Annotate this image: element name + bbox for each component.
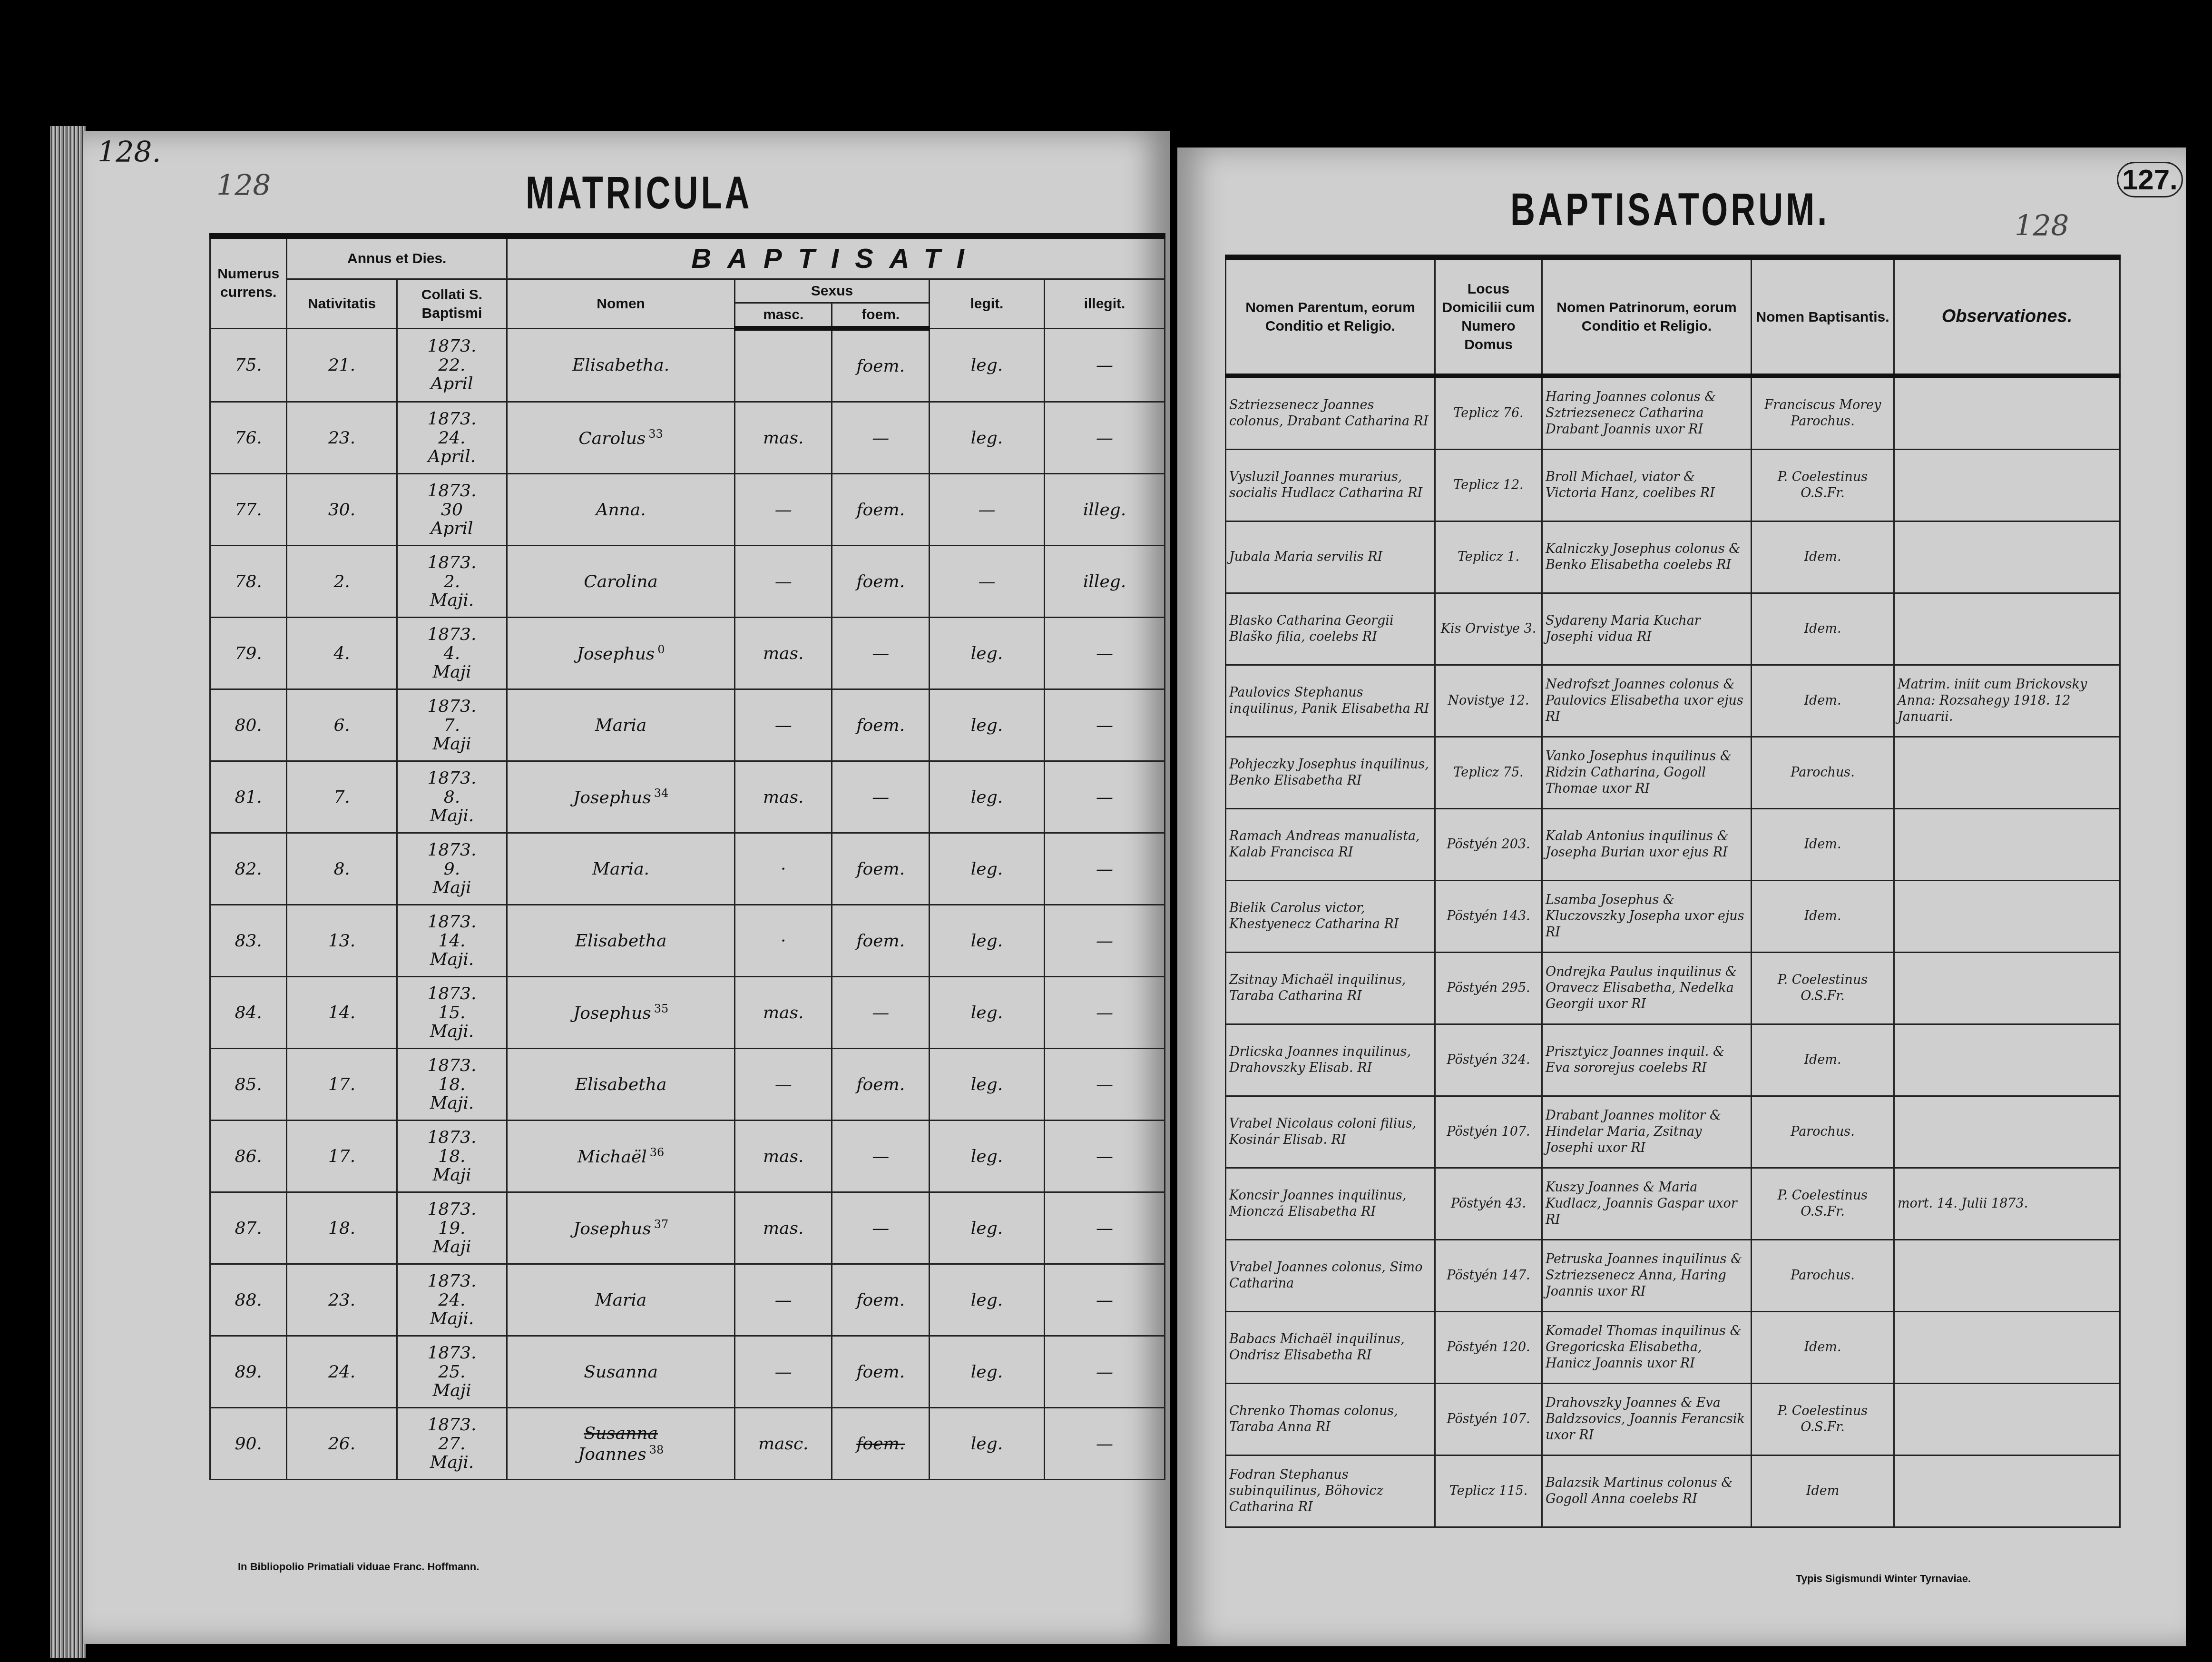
header-parentum: Nomen Parentum, eorum Conditio et Religi… bbox=[1226, 257, 1435, 376]
parents-cell: Ramach Andreas manualista, Kalab Francis… bbox=[1226, 809, 1435, 881]
numerus-cell: 83. bbox=[210, 905, 287, 977]
numerus-cell: 75. bbox=[210, 328, 287, 402]
baptizer-cell: Parochus. bbox=[1752, 1240, 1894, 1312]
reference-number: 33 bbox=[648, 427, 663, 441]
year-text: 1873. bbox=[427, 625, 476, 644]
month-text: Maji. bbox=[430, 1453, 474, 1472]
left-page: 128. 128 MATRICULA Numerus currens. Annu… bbox=[83, 131, 1170, 1644]
foem-text: foem. bbox=[856, 500, 905, 520]
foem-cell: foem. bbox=[832, 474, 929, 546]
nomen-cell: Elisabetha. bbox=[507, 328, 735, 402]
struck-foem: foem. bbox=[856, 1434, 905, 1454]
register-row: 90.26.1873.27.Maji.SusannaJoannes38masc.… bbox=[210, 1408, 1165, 1480]
page-title: MATRICULA bbox=[526, 167, 753, 220]
register-row: Vrabel Joannes colonus, Simo CatharinaPö… bbox=[1226, 1240, 2120, 1312]
godparents-cell: Prisztyicz Joannes inquil. & Eva sororej… bbox=[1542, 1024, 1752, 1096]
foem-cell: — bbox=[832, 1121, 929, 1192]
name-text: Elisabetha. bbox=[572, 355, 669, 375]
nativitatis-cell: 8. bbox=[287, 833, 397, 905]
baptism-date-cell: 1873.30April bbox=[397, 474, 507, 546]
day-text: 24. bbox=[438, 1290, 465, 1310]
header-nativitatis: Nativitatis bbox=[287, 279, 397, 329]
nomen-cell: Josephus37 bbox=[507, 1192, 735, 1264]
godparents-cell: Kalab Antonius inquilinus & Josepha Buri… bbox=[1542, 809, 1752, 881]
parents-cell: Bielik Carolus victor, Khestyenecz Catha… bbox=[1226, 881, 1435, 953]
baptizer-cell: Idem. bbox=[1752, 1312, 1894, 1384]
name-text: Maria bbox=[595, 716, 647, 735]
masc-cell: mas. bbox=[735, 402, 832, 474]
domicile-cell: Pöstyén 295. bbox=[1435, 953, 1542, 1024]
nativitatis-cell: 18. bbox=[287, 1192, 397, 1264]
domicile-cell: Pöstyén 43. bbox=[1435, 1168, 1542, 1240]
nativitatis-cell: 7. bbox=[287, 761, 397, 833]
baptism-date-cell: 1873.15.Maji. bbox=[397, 977, 507, 1049]
year-text: 1873. bbox=[427, 481, 476, 501]
name-text: Susanna bbox=[584, 1362, 658, 1382]
observations-cell bbox=[1894, 809, 2120, 881]
numerus-cell: 80. bbox=[210, 689, 287, 761]
legit-cell: leg. bbox=[929, 328, 1044, 402]
nativitatis-cell: 6. bbox=[287, 689, 397, 761]
parents-cell: Drlicska Joannes inquilinus, Drahovszky … bbox=[1226, 1024, 1435, 1096]
masc-cell: mas. bbox=[735, 1121, 832, 1192]
parents-cell: Vysluzil Joannes murarius, socialis Hudl… bbox=[1226, 450, 1435, 521]
register-row: 88.23.1873.24.Maji.Maria—foem.leg.— bbox=[210, 1264, 1165, 1336]
baptism-date-cell: 1873.25.Maji bbox=[397, 1336, 507, 1408]
name-text: Josephus bbox=[573, 788, 651, 807]
header-observationes: Observationes. bbox=[1894, 257, 2120, 376]
day-text: 14. bbox=[438, 931, 465, 951]
illegit-cell: illeg. bbox=[1045, 546, 1165, 618]
year-text: 1873. bbox=[427, 1056, 476, 1075]
name-text: Maria. bbox=[592, 859, 649, 879]
masc-cell: — bbox=[735, 1049, 832, 1121]
numerus-cell: 87. bbox=[210, 1192, 287, 1264]
nativitatis-cell: 17. bbox=[287, 1049, 397, 1121]
baptizer-cell: P. Coelestinus O.S.Fr. bbox=[1752, 1168, 1894, 1240]
masc-cell: — bbox=[735, 689, 832, 761]
foem-text: — bbox=[872, 1219, 889, 1238]
name-text: Josephus bbox=[577, 644, 655, 664]
reference-number: 38 bbox=[649, 1443, 664, 1456]
domicile-cell: Teplicz 76. bbox=[1435, 376, 1542, 450]
godparents-cell: Komadel Thomas inquilinus & Gregoricska … bbox=[1542, 1312, 1752, 1384]
register-row: Fodran Stephanus subinquilinus, Böhovicz… bbox=[1226, 1455, 2120, 1527]
foem-cell: foem. bbox=[832, 328, 929, 402]
godparents-cell: Lsamba Josephus & Kluczovszky Josepha ux… bbox=[1542, 881, 1752, 953]
legit-cell: leg. bbox=[929, 1336, 1044, 1408]
observations-cell: Matrim. iniit cum Brickovsky Anna: Rozsa… bbox=[1894, 665, 2120, 737]
month-text: Maji bbox=[432, 662, 471, 682]
register-row: 86.17.1873.18.MajiMichaël36mas.—leg.— bbox=[210, 1121, 1165, 1192]
godparents-cell: Ondrejka Paulus inquilinus & Oravecz Eli… bbox=[1542, 953, 1752, 1024]
parents-cell: Paulovics Stephanus inquilinus, Panik El… bbox=[1226, 665, 1435, 737]
legit-cell: leg. bbox=[929, 1049, 1044, 1121]
header-collati: Collati S. Baptismi bbox=[397, 279, 507, 329]
illegit-cell: — bbox=[1045, 689, 1165, 761]
header-numerus: Numerus currens. bbox=[210, 236, 287, 328]
parents-cell: Fodran Stephanus subinquilinus, Böhovicz… bbox=[1226, 1455, 1435, 1527]
register-row: 83.13.1873.14.Maji.Elisabetha·foem.leg.— bbox=[210, 905, 1165, 977]
numerus-cell: 82. bbox=[210, 833, 287, 905]
parents-cell: Vrabel Nicolaus coloni filius, Kosinár E… bbox=[1226, 1096, 1435, 1168]
godparents-cell: Broll Michael, viator & Victoria Hanz, c… bbox=[1542, 450, 1752, 521]
baptism-date-cell: 1873.22.April bbox=[397, 328, 507, 402]
nomen-cell: Josephus35 bbox=[507, 977, 735, 1049]
nativitatis-cell: 2. bbox=[287, 546, 397, 618]
baptism-date-cell: 1873.27.Maji. bbox=[397, 1408, 507, 1480]
foem-text: foem. bbox=[856, 1362, 905, 1382]
register-row: 78.2.1873.2.Maji.Carolina—foem.—illeg. bbox=[210, 546, 1165, 618]
printer-footer-right: Typis Sigismundi Winter Tyrnaviae. bbox=[1796, 1573, 1971, 1585]
illegit-cell: — bbox=[1045, 833, 1165, 905]
struck-name: Susanna bbox=[584, 1424, 658, 1443]
domicile-cell: Pöstyén 324. bbox=[1435, 1024, 1542, 1096]
day-text: 24. bbox=[438, 428, 465, 448]
register-row: Paulovics Stephanus inquilinus, Panik El… bbox=[1226, 665, 2120, 737]
day-text: 27. bbox=[438, 1434, 465, 1454]
legit-cell: leg. bbox=[929, 618, 1044, 689]
day-text: 8. bbox=[444, 787, 460, 807]
register-row: 89.24.1873.25.MajiSusanna—foem.leg.— bbox=[210, 1336, 1165, 1408]
register-row: Chrenko Thomas colonus, Taraba Anna RIPö… bbox=[1226, 1384, 2120, 1455]
name-text: Carolina bbox=[584, 572, 658, 591]
month-text: April bbox=[431, 374, 473, 393]
baptizer-cell: Idem. bbox=[1752, 1024, 1894, 1096]
godparents-cell: Vanko Josephus inquilinus & Ridzin Catha… bbox=[1542, 737, 1752, 809]
baptizer-cell: Idem. bbox=[1752, 809, 1894, 881]
reference-number: 34 bbox=[654, 787, 669, 800]
month-text: Maji bbox=[432, 1381, 471, 1400]
name-text: Joannes bbox=[578, 1445, 646, 1464]
reference-number: 0 bbox=[657, 643, 665, 656]
register-row: 87.18.1873.19.MajiJosephus37mas.—leg.— bbox=[210, 1192, 1165, 1264]
masc-cell: mas. bbox=[735, 1192, 832, 1264]
masc-cell: mas. bbox=[735, 618, 832, 689]
year-text: 1873. bbox=[427, 912, 476, 932]
nomen-cell: Josephus34 bbox=[507, 761, 735, 833]
foem-text: — bbox=[872, 1003, 889, 1023]
nativitatis-cell: 24. bbox=[287, 1336, 397, 1408]
baptism-date-cell: 1873.14.Maji. bbox=[397, 905, 507, 977]
illegit-cell: — bbox=[1045, 1049, 1165, 1121]
register-row: 82.8.1873.9.MajiMaria.·foem.leg.— bbox=[210, 833, 1165, 905]
baptizer-cell: Franciscus Morey Parochus. bbox=[1752, 376, 1894, 450]
name-text: Elisabetha bbox=[575, 1075, 667, 1094]
nativitatis-cell: 14. bbox=[287, 977, 397, 1049]
baptizer-cell: Parochus. bbox=[1752, 737, 1894, 809]
reference-number: 35 bbox=[654, 1002, 669, 1015]
register-row: Vysluzil Joannes murarius, socialis Hudl… bbox=[1226, 450, 2120, 521]
observations-cell bbox=[1894, 1024, 2120, 1096]
domicile-cell: Pöstyén 107. bbox=[1435, 1096, 1542, 1168]
observations-cell bbox=[1894, 593, 2120, 665]
illegit-cell: — bbox=[1045, 402, 1165, 474]
nomen-cell: SusannaJoannes38 bbox=[507, 1408, 735, 1480]
parents-cell: Koncsir Joannes inquilinus, Mionczá Elis… bbox=[1226, 1168, 1435, 1240]
observations-cell bbox=[1894, 737, 2120, 809]
observations-cell bbox=[1894, 1096, 2120, 1168]
numerus-cell: 86. bbox=[210, 1121, 287, 1192]
masc-cell: mas. bbox=[735, 977, 832, 1049]
nativitatis-cell: 30. bbox=[287, 474, 397, 546]
domicile-cell: Pöstyén 147. bbox=[1435, 1240, 1542, 1312]
parents-cell: Blasko Catharina Georgii Blaško filia, c… bbox=[1226, 593, 1435, 665]
baptizer-cell: Idem. bbox=[1752, 521, 1894, 593]
legit-cell: leg. bbox=[929, 761, 1044, 833]
nativitatis-cell: 21. bbox=[287, 328, 397, 402]
month-text: Maji. bbox=[430, 1309, 474, 1328]
numerus-cell: 84. bbox=[210, 977, 287, 1049]
masc-cell: · bbox=[735, 905, 832, 977]
name-text: Maria bbox=[595, 1290, 647, 1310]
header-foem: foem. bbox=[832, 303, 929, 329]
foem-text: foem. bbox=[856, 859, 905, 879]
foem-text: foem. bbox=[856, 1075, 905, 1094]
foem-cell: — bbox=[832, 402, 929, 474]
domicile-cell: Teplicz 75. bbox=[1435, 737, 1542, 809]
month-text: Maji bbox=[432, 1237, 471, 1257]
header-annus-et-dies: Annus et Dies. bbox=[287, 236, 507, 279]
nomen-cell: Michaël36 bbox=[507, 1121, 735, 1192]
nativitatis-cell: 23. bbox=[287, 402, 397, 474]
baptism-date-cell: 1873.8.Maji. bbox=[397, 761, 507, 833]
year-text: 1873. bbox=[427, 1200, 476, 1219]
day-text: 18. bbox=[438, 1075, 465, 1094]
numerus-cell: 88. bbox=[210, 1264, 287, 1336]
nomen-cell: Elisabetha bbox=[507, 905, 735, 977]
illegit-cell: — bbox=[1045, 1336, 1165, 1408]
register-row: Vrabel Nicolaus coloni filius, Kosinár E… bbox=[1226, 1096, 2120, 1168]
day-text: 7. bbox=[444, 716, 460, 735]
domicile-cell: Pöstyén 120. bbox=[1435, 1312, 1542, 1384]
printer-footer-left: In Bibliopolio Primatiali viduae Franc. … bbox=[238, 1561, 479, 1573]
masc-cell: — bbox=[735, 1336, 832, 1408]
masc-cell: — bbox=[735, 1264, 832, 1336]
year-text: 1873. bbox=[427, 1415, 476, 1435]
name-text: Elisabetha bbox=[575, 931, 667, 951]
register-row: Drlicska Joannes inquilinus, Drahovszky … bbox=[1226, 1024, 2120, 1096]
book-page-edges bbox=[50, 126, 86, 1658]
header-illegit: illegit. bbox=[1045, 279, 1165, 329]
register-row: Pohjeczky Josephus inquilinus, Benko Eli… bbox=[1226, 737, 2120, 809]
register-row: 79.4.1873.4.MajiJosephus0mas.—leg.— bbox=[210, 618, 1165, 689]
observations-cell bbox=[1894, 450, 2120, 521]
foem-text: foem. bbox=[856, 931, 905, 951]
numerus-cell: 90. bbox=[210, 1408, 287, 1480]
foem-text: foem. bbox=[856, 716, 905, 735]
godparents-cell: Sydareny Maria Kuchar Josephi vidua RI bbox=[1542, 593, 1752, 665]
domicile-cell: Pöstyén 203. bbox=[1435, 809, 1542, 881]
register-row: Zsitnay Michaël inquilinus, Taraba Catha… bbox=[1226, 953, 2120, 1024]
month-text: Maji bbox=[432, 1165, 471, 1185]
register-row: 76.23.1873.24.April.Carolus33mas.—leg.— bbox=[210, 402, 1165, 474]
numerus-cell: 79. bbox=[210, 618, 287, 689]
name-text: Josephus bbox=[573, 1003, 651, 1023]
domicile-cell: Teplicz 1. bbox=[1435, 521, 1542, 593]
register-row: 75.21.1873.22.AprilElisabetha.foem.leg.— bbox=[210, 328, 1165, 402]
register-row: Ramach Andreas manualista, Kalab Francis… bbox=[1226, 809, 2120, 881]
day-text: 25. bbox=[438, 1362, 465, 1382]
godparents-cell: Haring Joannes colonus & Sztriezsenecz C… bbox=[1542, 376, 1752, 450]
masc-cell: — bbox=[735, 474, 832, 546]
illegit-cell: — bbox=[1045, 618, 1165, 689]
year-text: 1873. bbox=[427, 336, 476, 356]
year-text: 1873. bbox=[427, 1271, 476, 1291]
name-text: Carolus bbox=[578, 429, 646, 448]
observations-cell bbox=[1894, 881, 2120, 953]
observations-cell bbox=[1894, 1240, 2120, 1312]
nomen-cell: Susanna bbox=[507, 1336, 735, 1408]
year-text: 1873. bbox=[427, 768, 476, 788]
baptizer-cell: Idem bbox=[1752, 1455, 1894, 1527]
day-text: 19. bbox=[438, 1219, 465, 1238]
month-text: Maji. bbox=[430, 590, 474, 610]
godparents-cell: Petruska Joannes inquilinus & Sztriezsen… bbox=[1542, 1240, 1752, 1312]
foem-cell: — bbox=[832, 761, 929, 833]
month-text: Maji. bbox=[430, 950, 474, 969]
foem-text: foem. bbox=[856, 356, 905, 376]
legit-cell: — bbox=[929, 546, 1044, 618]
register-row: 84.14.1873.15.Maji.Josephus35mas.—leg.— bbox=[210, 977, 1165, 1049]
foem-cell: foem. bbox=[832, 1408, 929, 1480]
domicile-cell: Teplicz 115. bbox=[1435, 1455, 1542, 1527]
parents-cell: Jubala Maria servilis RI bbox=[1226, 521, 1435, 593]
page-title: BAPTISATORUM. bbox=[1510, 184, 1830, 236]
baptism-date-cell: 1873.24.Maji. bbox=[397, 1264, 507, 1336]
foem-cell: — bbox=[832, 618, 929, 689]
numerus-cell: 85. bbox=[210, 1049, 287, 1121]
legit-cell: leg. bbox=[929, 1192, 1044, 1264]
masc-cell: — bbox=[735, 546, 832, 618]
nativitatis-cell: 26. bbox=[287, 1408, 397, 1480]
domicile-cell: Pöstyén 107. bbox=[1435, 1384, 1542, 1455]
legit-cell: leg. bbox=[929, 402, 1044, 474]
illegit-cell: — bbox=[1045, 1408, 1165, 1480]
page-number-handwritten: 128 bbox=[2015, 209, 2069, 243]
foem-cell: foem. bbox=[832, 546, 929, 618]
nativitatis-cell: 17. bbox=[287, 1121, 397, 1192]
foem-cell: foem. bbox=[832, 905, 929, 977]
observations-cell bbox=[1894, 953, 2120, 1024]
baptizer-cell: Parochus. bbox=[1752, 1096, 1894, 1168]
name-text: Josephus bbox=[573, 1219, 651, 1239]
year-text: 1873. bbox=[427, 1343, 476, 1363]
baptizer-cell: Idem. bbox=[1752, 881, 1894, 953]
domicile-cell: Kis Orvistye 3. bbox=[1435, 593, 1542, 665]
day-text: 2. bbox=[444, 572, 460, 591]
nomen-cell: Maria bbox=[507, 689, 735, 761]
nomen-cell: Carolina bbox=[507, 546, 735, 618]
header-sexus: Sexus bbox=[735, 279, 930, 303]
day-text: 30 bbox=[441, 500, 463, 520]
parents-cell: Vrabel Joannes colonus, Simo Catharina bbox=[1226, 1240, 1435, 1312]
foem-text: foem. bbox=[856, 1290, 905, 1310]
nomen-cell: Elisabetha bbox=[507, 1049, 735, 1121]
month-text: April bbox=[431, 519, 473, 538]
register-row: 85.17.1873.18.Maji.Elisabetha—foem.leg.— bbox=[210, 1049, 1165, 1121]
header-nomen: Nomen bbox=[507, 279, 735, 329]
register-row: Jubala Maria servilis RITeplicz 1.Kalnic… bbox=[1226, 521, 2120, 593]
foem-text: — bbox=[872, 787, 889, 807]
page-number-handwritten: 128 bbox=[216, 169, 271, 202]
register-row: Blasko Catharina Georgii Blaško filia, c… bbox=[1226, 593, 2120, 665]
godparents-cell: Drabant Joannes molitor & Hindelar Maria… bbox=[1542, 1096, 1752, 1168]
observations-cell bbox=[1894, 376, 2120, 450]
nativitatis-cell: 13. bbox=[287, 905, 397, 977]
baptizer-cell: Idem. bbox=[1752, 665, 1894, 737]
parents-cell: Zsitnay Michaël inquilinus, Taraba Catha… bbox=[1226, 953, 1435, 1024]
month-text: Maji bbox=[432, 878, 471, 897]
baptism-date-cell: 1873.19.Maji bbox=[397, 1192, 507, 1264]
domicile-cell: Teplicz 12. bbox=[1435, 450, 1542, 521]
year-text: 1873. bbox=[427, 553, 476, 572]
year-text: 1873. bbox=[427, 697, 476, 716]
name-text: Anna. bbox=[596, 500, 646, 520]
godparents-cell: Kuszy Joannes & Maria Kudlacz, Joannis G… bbox=[1542, 1168, 1752, 1240]
illegit-cell: — bbox=[1045, 328, 1165, 402]
baptism-date-cell: 1873.18.Maji bbox=[397, 1121, 507, 1192]
foem-cell: foem. bbox=[832, 689, 929, 761]
observations-cell bbox=[1894, 521, 2120, 593]
illegit-cell: — bbox=[1045, 905, 1165, 977]
baptism-register-right: Nomen Parentum, eorum Conditio et Religi… bbox=[1225, 255, 2121, 1528]
foem-cell: — bbox=[832, 977, 929, 1049]
godparents-cell: Nedrofszt Joannes colonus & Paulovics El… bbox=[1542, 665, 1752, 737]
parents-cell: Babacs Michaël inquilinus, Ondrisz Elisa… bbox=[1226, 1312, 1435, 1384]
nomen-cell: Anna. bbox=[507, 474, 735, 546]
baptism-date-cell: 1873.18.Maji. bbox=[397, 1049, 507, 1121]
baptism-date-cell: 1873.2.Maji. bbox=[397, 546, 507, 618]
legit-cell: leg. bbox=[929, 1408, 1044, 1480]
register-row: Bielik Carolus victor, Khestyenecz Catha… bbox=[1226, 881, 2120, 953]
month-text: Maji bbox=[432, 734, 471, 754]
numerus-cell: 89. bbox=[210, 1336, 287, 1408]
legit-cell: leg. bbox=[929, 977, 1044, 1049]
nomen-cell: Carolus33 bbox=[507, 402, 735, 474]
illegit-cell: illeg. bbox=[1045, 474, 1165, 546]
illegit-cell: — bbox=[1045, 761, 1165, 833]
month-text: Maji. bbox=[430, 806, 474, 826]
masc-cell bbox=[735, 328, 832, 402]
nomen-cell: Josephus0 bbox=[507, 618, 735, 689]
reference-number: 37 bbox=[654, 1218, 669, 1231]
foem-text: — bbox=[872, 644, 889, 663]
baptizer-cell: P. Coelestinus O.S.Fr. bbox=[1752, 450, 1894, 521]
domicile-cell: Pöstyén 143. bbox=[1435, 881, 1542, 953]
observations-cell: mort. 14. Julii 1873. bbox=[1894, 1168, 2120, 1240]
year-text: 1873. bbox=[427, 984, 476, 1003]
month-text: Maji. bbox=[430, 1093, 474, 1113]
numerus-cell: 81. bbox=[210, 761, 287, 833]
year-text: 1873. bbox=[427, 840, 476, 860]
legit-cell: leg. bbox=[929, 905, 1044, 977]
header-baptisati: BAPTISATI bbox=[507, 236, 1165, 279]
foem-cell: foem. bbox=[832, 1336, 929, 1408]
legit-cell: leg. bbox=[929, 689, 1044, 761]
header-masc: masc. bbox=[735, 303, 832, 329]
header-locus: Locus Domicilii cum Numero Domus bbox=[1435, 257, 1542, 376]
parents-cell: Pohjeczky Josephus inquilinus, Benko Eli… bbox=[1226, 737, 1435, 809]
illegit-cell: — bbox=[1045, 977, 1165, 1049]
reference-number: 36 bbox=[650, 1146, 665, 1159]
nativitatis-cell: 4. bbox=[287, 618, 397, 689]
page-number-corner: 128. bbox=[98, 136, 161, 169]
illegit-cell: — bbox=[1045, 1121, 1165, 1192]
observations-cell bbox=[1894, 1384, 2120, 1455]
baptizer-cell: Idem. bbox=[1752, 593, 1894, 665]
day-text: 4. bbox=[444, 644, 460, 663]
